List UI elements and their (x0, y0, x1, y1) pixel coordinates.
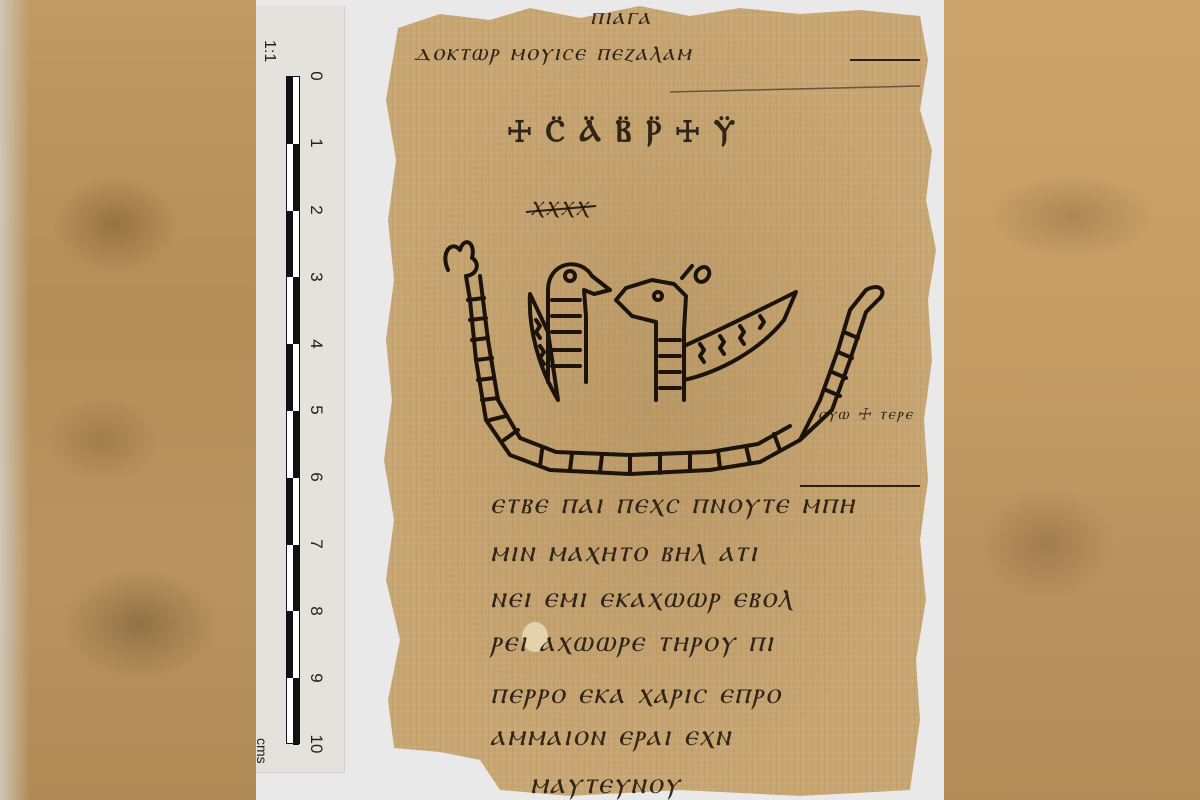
tick-label-6: 6 (306, 467, 326, 487)
side-note: ⲟⲩⲱ ☩ ⲧⲉⲣⲉ (818, 404, 914, 424)
scale-ratio-label: 1:1 (260, 40, 278, 62)
charakteres-line: ☩ Ⲥ̈ Ⲁ̈ Ⲃ̈ Ⲣ̈ ☩ Ⲩ̈ (508, 114, 737, 149)
blurred-right-panel (944, 0, 1200, 800)
papyrus-text-line: ⲇⲟⲕⲧⲱⲣ ⲙⲟⲩⲓⲥⲉ ⲡⲉⲍⲁⲗⲁⲙ (414, 38, 693, 66)
photo-frame: 1:1 0 1 2 3 4 5 6 7 8 9 10 cms (256, 0, 944, 800)
tick-label-5: 5 (306, 400, 326, 420)
papyrus-body-line: ⲡⲉⲣⲣⲟ ⲉⲕⲁ ⲭⲁⲣⲓⲥ ⲉⲡⲣⲟ (490, 676, 782, 711)
tick-label-1: 1 (306, 133, 326, 153)
tick-label-10: 10 (306, 734, 326, 754)
tick-label-7: 7 (306, 534, 326, 554)
number-line: ⲬⲬⲬⲬ (530, 196, 590, 220)
papyrus-body-line: ⲙⲓⲛ ⲙⲁⲭⲏⲧⲟ ⲃⲏⲗ ⲁⲧⲓ (490, 534, 759, 569)
papyrus-body-line: ⲣⲉⲓ ⲁⲭⲱⲱⲣⲉ ⲧⲏⲣⲟⲩ ⲡⲓ (490, 624, 775, 659)
ruler-unit-label: cms (254, 738, 270, 764)
papyrus-body-line: ⲉⲧⲃⲉ ⲡⲁⲓ ⲡⲉⲭⲥ ⲡⲛⲟⲩⲧⲉ ⲙⲡⲏ (490, 486, 856, 521)
tick-label-3: 3 (306, 267, 326, 287)
papyrus-body-line: ⲁⲙⲙⲁⲓⲟⲛ ⲉⲣⲁⲓ ⲉⲭⲛ (490, 718, 732, 753)
scale-ruler: 1:1 0 1 2 3 4 5 6 7 8 9 10 cms (256, 6, 345, 773)
tick-label-8: 8 (306, 601, 326, 621)
papyrus-fragment: ⲡⲓⲁⲅⲁ ⲇⲟⲕⲧⲱⲣ ⲙⲟⲩⲓⲥⲉ ⲡⲉⲍⲁⲗⲁⲙ ☩ Ⲥ̈ Ⲁ̈ Ⲃ̈ Ⲣ… (380, 0, 940, 800)
tick-label-0: 0 (306, 66, 326, 86)
ruler-bar (286, 76, 300, 744)
papyrus-text-line: ⲡⲓⲁⲅⲁ (590, 2, 652, 30)
blurred-left-panel (0, 0, 256, 800)
tick-label-4: 4 (306, 334, 326, 354)
tick-label-9: 9 (306, 668, 326, 688)
papyrus-body-line: ⲛⲉⲓ ⲉⲙⲓ ⲉⲕⲁⲭⲱⲱⲣ ⲉⲃⲟⲗ (490, 580, 793, 615)
papyrus-body-line: ⲙⲁⲩⲧⲉⲩⲛⲟⲩ (530, 766, 681, 800)
tick-label-2: 2 (306, 200, 326, 220)
